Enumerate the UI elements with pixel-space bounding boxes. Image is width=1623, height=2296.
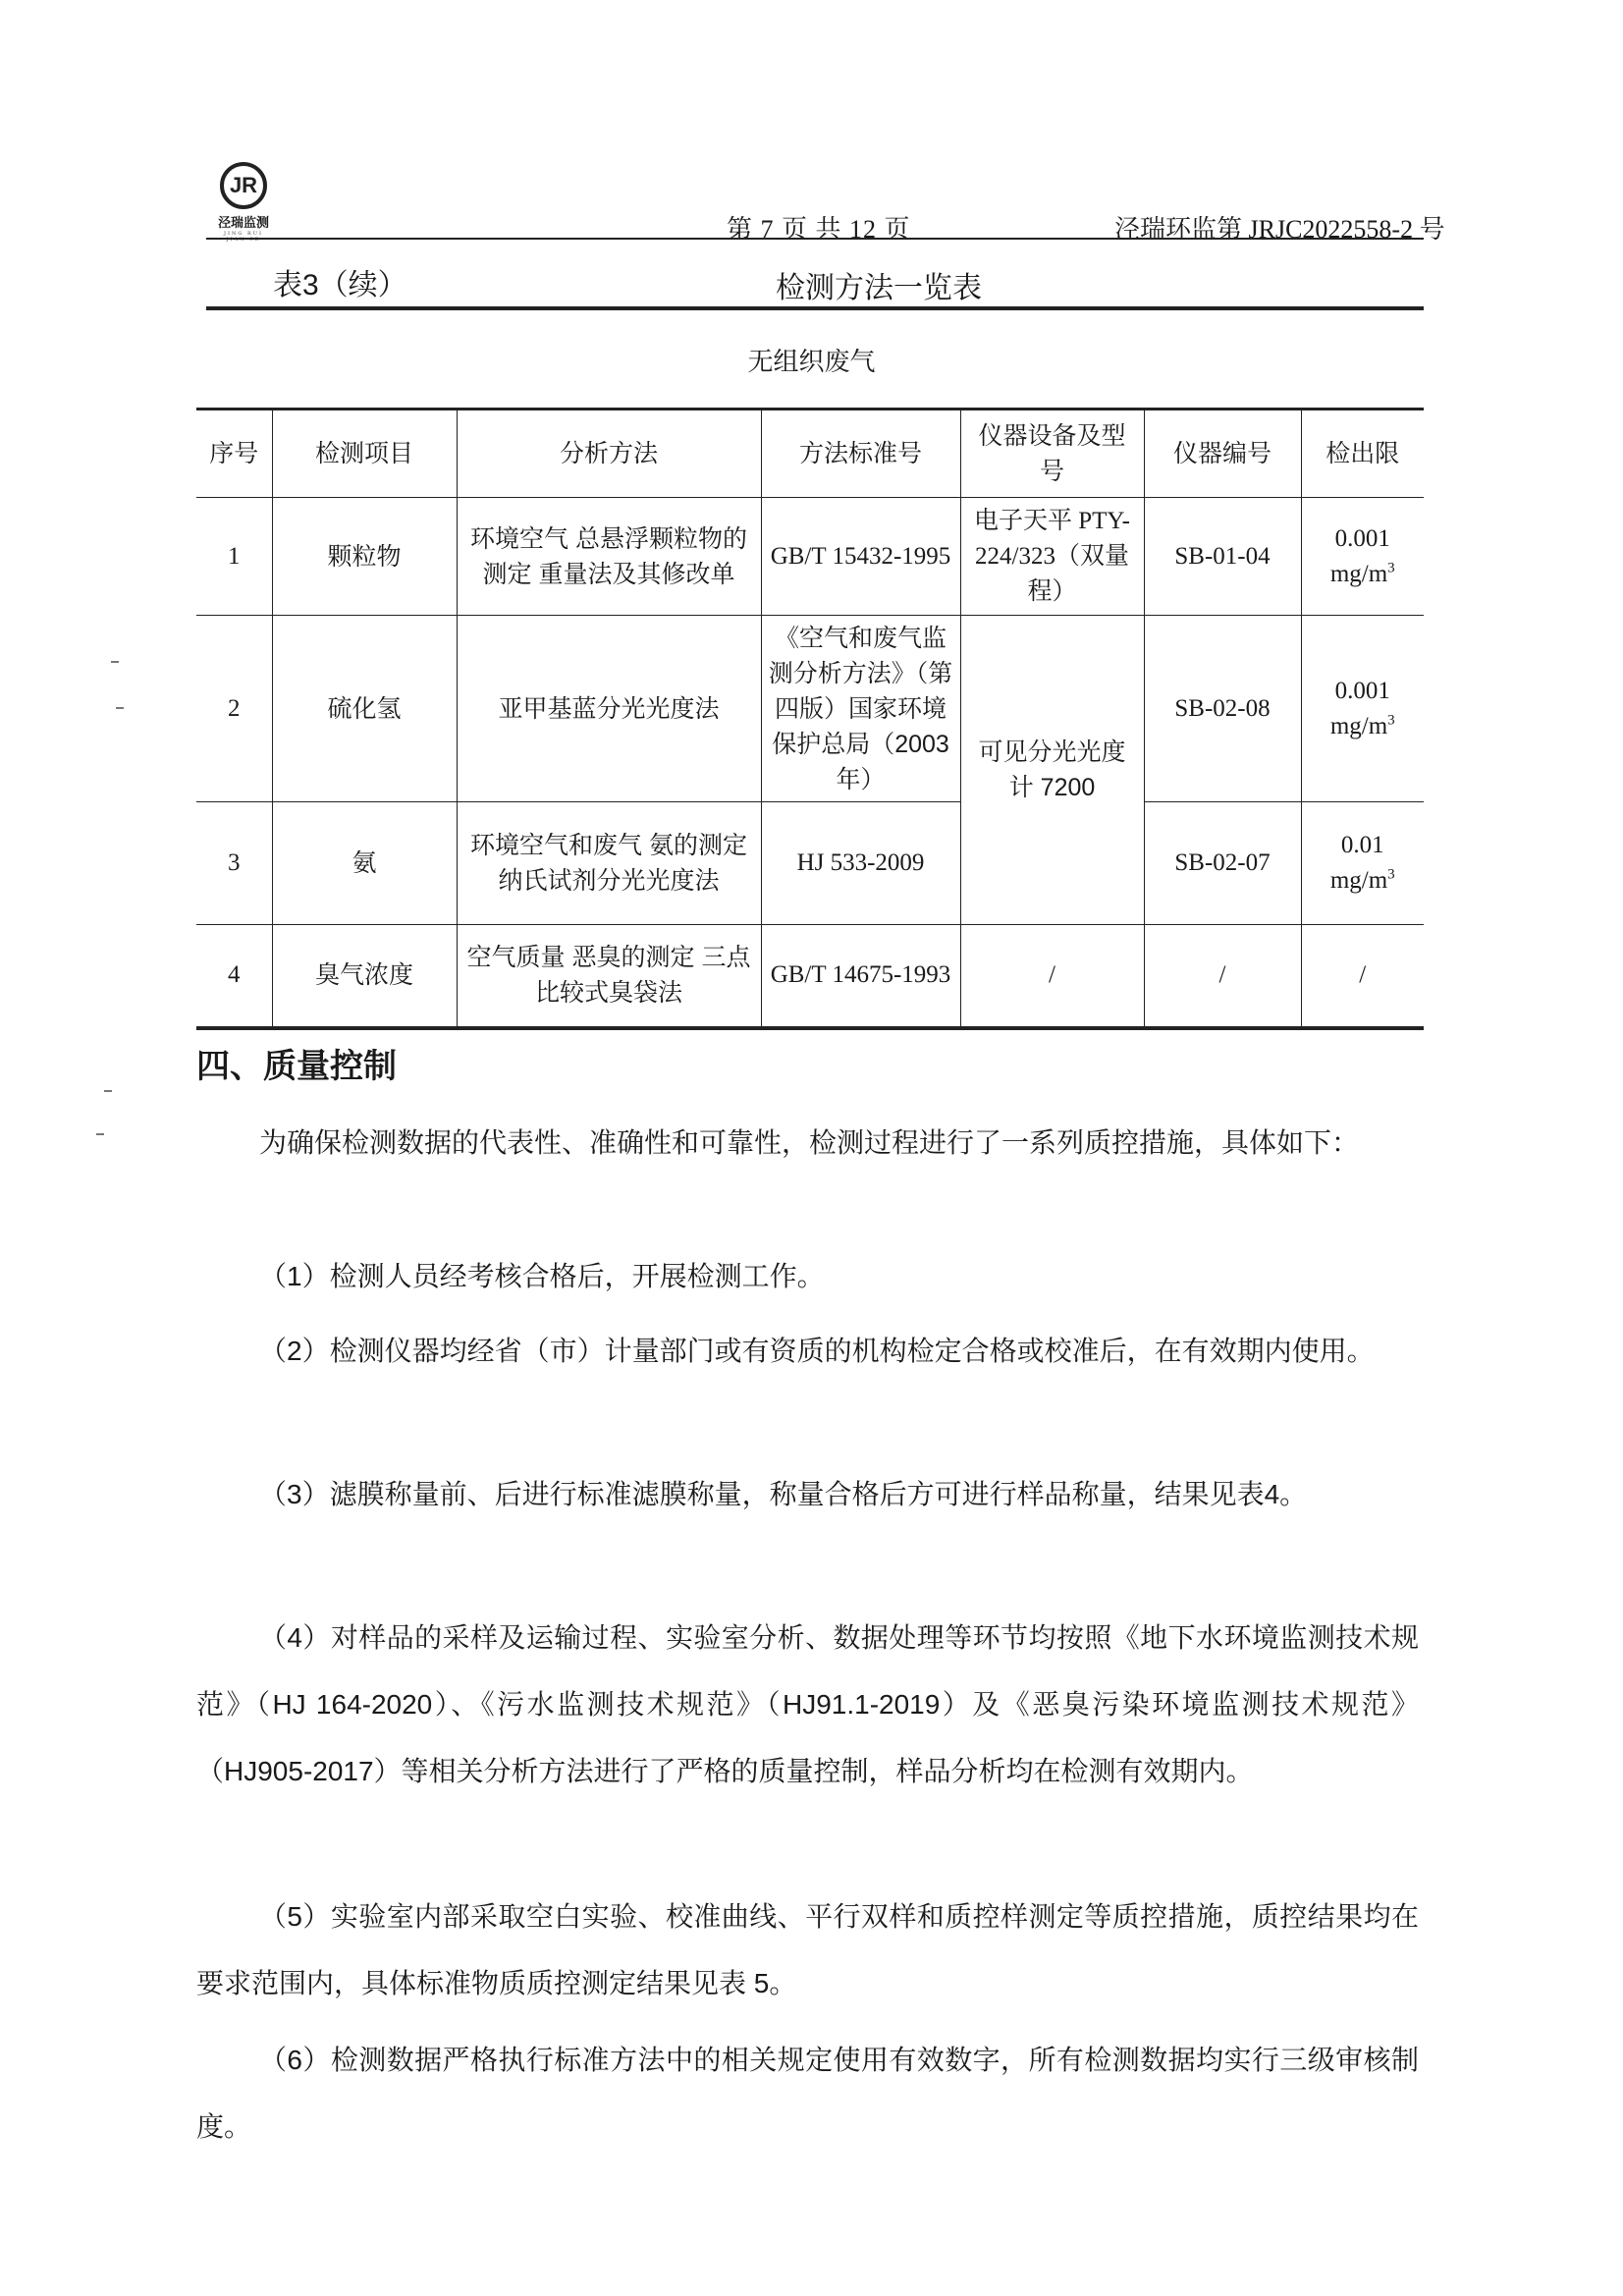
logo-emblem-icon: JR <box>220 162 267 209</box>
cell-standard: 《空气和废气监测分析方法》（第四版）国家环境保护总局（2003 年） <box>761 616 960 802</box>
cell-limit: 0.001mg/m3 <box>1301 616 1424 802</box>
limit-unit: mg/m <box>1330 561 1387 587</box>
cell-instrument: 电子天平 PTY-224/323（双量程） <box>960 498 1144 616</box>
column-header-instrument: 仪器设备及型号 <box>960 410 1144 498</box>
limit-value: 0.001 <box>1335 678 1390 704</box>
cell-method: 环境空气 总悬浮颗粒物的测定 重量法及其修改单 <box>457 498 761 616</box>
qc-item-6: （6）检测数据严格执行标准方法中的相关规定使用有效数字，所有检测数据均实行三级审… <box>196 2027 1419 2160</box>
cell-instrument: / <box>960 925 1144 1028</box>
qc-item-1: （1）检测人员经考核合格后，开展检测工作。 <box>196 1243 1419 1310</box>
cell-item: 颗粒物 <box>272 498 457 616</box>
page-number: 第 7 页 共 12 页 <box>727 209 911 246</box>
company-logo: JR 泾瑞监测 JING RUI JIAN CE <box>214 162 273 243</box>
table-row: 3 氨 环境空气和废气 氨的测定 纳氏试剂分光光度法 HJ 533-2009 S… <box>196 802 1424 925</box>
caption-divider <box>206 306 1424 310</box>
report-number: 泾瑞环监第 JRJC2022558-2 号 <box>1114 209 1445 246</box>
limit-unit: mg/m <box>1330 867 1387 894</box>
table-caption: 表3（续） <box>273 260 407 303</box>
column-header-limit: 检出限 <box>1301 410 1424 498</box>
detection-methods-table: 序号 检测项目 分析方法 方法标准号 仪器设备及型号 仪器编号 检出限 1 颗粒… <box>196 408 1424 1030</box>
cell-method: 亚甲基蓝分光光度法 <box>457 616 761 802</box>
column-header-method: 分析方法 <box>457 410 761 498</box>
cell-standard: GB/T 14675-1993 <box>761 925 960 1028</box>
section-heading: 四、质量控制 <box>196 1039 397 1087</box>
scan-speck <box>111 661 119 663</box>
cell-limit: 0.01mg/m3 <box>1301 802 1424 925</box>
cell-method: 空气质量 恶臭的测定 三点比较式臭袋法 <box>457 925 761 1028</box>
table-row: 4 臭气浓度 空气质量 恶臭的测定 三点比较式臭袋法 GB/T 14675-19… <box>196 925 1424 1028</box>
qc-item-2: （2）检测仪器均经省（市）计量部门或有资质的机构检定合格或校准后，在有效期内使用… <box>196 1318 1419 1385</box>
cell-limit: / <box>1301 925 1424 1028</box>
limit-value: 0.01 <box>1341 832 1384 858</box>
cell-instrument-id: SB-02-08 <box>1144 616 1301 802</box>
scan-speck <box>116 707 124 709</box>
cell-item: 硫化氢 <box>272 616 457 802</box>
column-header-item: 检测项目 <box>272 410 457 498</box>
qc-item-4: （4）对样品的采样及运输过程、实验室分析、数据处理等环节均按照《地下水环境监测技… <box>196 1605 1419 1805</box>
scan-speck <box>104 1090 112 1092</box>
header-divider <box>206 238 1424 240</box>
cell-item: 氨 <box>272 802 457 925</box>
table-row: 1 颗粒物 环境空气 总悬浮颗粒物的测定 重量法及其修改单 GB/T 15432… <box>196 498 1424 616</box>
cell-no: 4 <box>196 925 272 1028</box>
table-header-row: 序号 检测项目 分析方法 方法标准号 仪器设备及型号 仪器编号 检出限 <box>196 410 1424 498</box>
cell-standard: HJ 533-2009 <box>761 802 960 925</box>
cell-limit: 0.001mg/m3 <box>1301 498 1424 616</box>
limit-unit: mg/m <box>1330 713 1387 739</box>
cell-no: 2 <box>196 616 272 802</box>
column-header-no: 序号 <box>196 410 272 498</box>
logo-text: 泾瑞监测 <box>214 212 273 231</box>
qc-item-5: （5）实验室内部采取空白实验、校准曲线、平行双样和质控样测定等质控措施，质控结果… <box>196 1884 1419 2017</box>
cell-no: 1 <box>196 498 272 616</box>
table-subtitle: 无组织废气 <box>0 342 1623 378</box>
logo-glyph: JR <box>230 173 257 198</box>
scan-speck <box>96 1133 104 1135</box>
cell-item: 臭气浓度 <box>272 925 457 1028</box>
limit-value: 0.001 <box>1335 525 1390 552</box>
cell-instrument-id: / <box>1144 925 1301 1028</box>
cell-instrument-merged: 可见分光光度计 7200 <box>960 616 1144 925</box>
cell-instrument-id: SB-02-07 <box>1144 802 1301 925</box>
table-row: 2 硫化氢 亚甲基蓝分光光度法 《空气和废气监测分析方法》（第四版）国家环境保护… <box>196 616 1424 802</box>
column-header-instrument-id: 仪器编号 <box>1144 410 1301 498</box>
column-header-standard: 方法标准号 <box>761 410 960 498</box>
logo-subtext: JING RUI JIAN CE <box>214 231 273 243</box>
limit-exponent: 3 <box>1387 560 1395 575</box>
cell-standard: GB/T 15432-1995 <box>761 498 960 616</box>
limit-exponent: 3 <box>1387 867 1395 883</box>
table-title: 检测方法一览表 <box>776 263 982 306</box>
cell-no: 3 <box>196 802 272 925</box>
intro-paragraph: 为确保检测数据的代表性、准确性和可靠性，检测过程进行了一系列质控措施，具体如下： <box>196 1110 1419 1176</box>
cell-method: 环境空气和废气 氨的测定 纳氏试剂分光光度法 <box>457 802 761 925</box>
cell-instrument-id: SB-01-04 <box>1144 498 1301 616</box>
limit-exponent: 3 <box>1387 712 1395 728</box>
qc-item-3: （3）滤膜称量前、后进行标准滤膜称量，称量合格后方可进行样品称量，结果见表4。 <box>196 1461 1419 1528</box>
